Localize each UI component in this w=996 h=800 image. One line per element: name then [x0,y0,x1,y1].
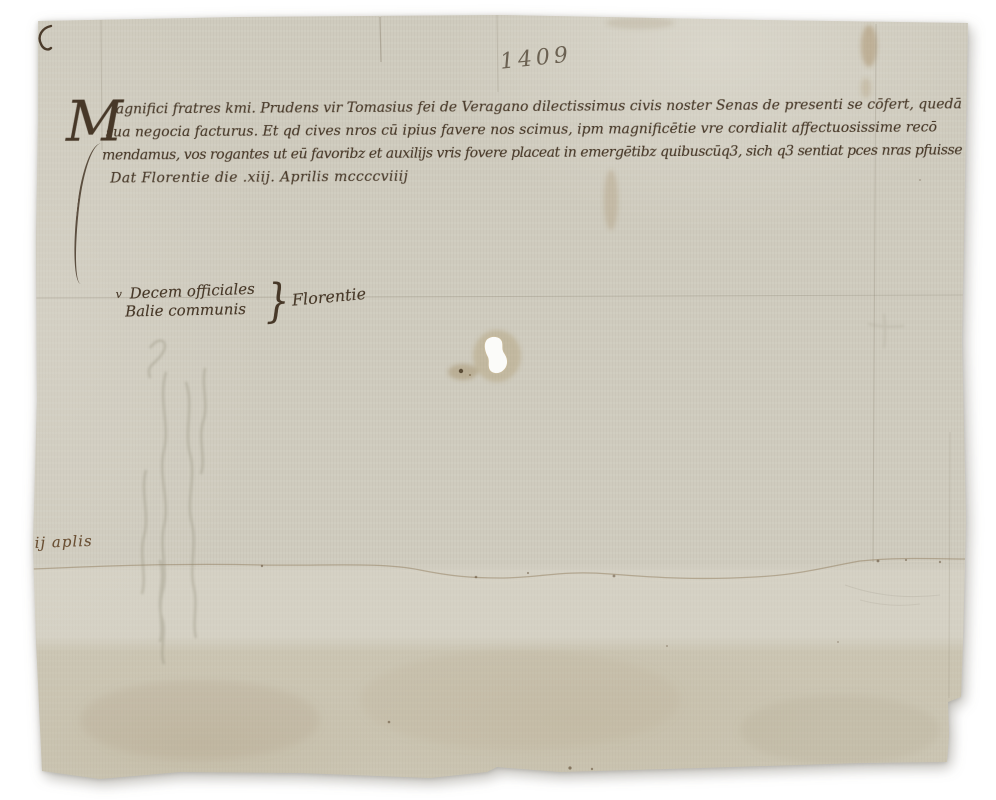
signature-place: Florentie [291,284,367,310]
edge-text-fragment: uij aplis [24,532,93,552]
letter-initial-flourish [68,141,112,285]
manuscript-paper-shadow: 1409 M agnifici fratres kmi. Prudens vir… [0,0,996,800]
flap-edge-line [33,559,966,606]
paper-hole [459,337,508,376]
signature-block: v Decem officiales Balie communis } Flor… [116,278,377,333]
bottom-mottle-stains [80,650,940,765]
corner-pen-mark [40,26,51,49]
ink-specks [261,179,941,770]
verso-bleedthrough-marks [142,341,205,664]
letter-initial: M [66,94,124,150]
year-annotation: 1409 [499,42,573,74]
letter-text-block: M agnifici fratres kmi. Prudens vir Toma… [70,93,971,190]
letter-line: Dat Florentie die .xiij. Aprilis mccccvi… [110,162,970,190]
manuscript-paper: 1409 M agnifici fratres kmi. Prudens vir… [0,0,996,800]
signature-office-line2: Balie communis [125,300,246,321]
signature-tick: v [116,288,122,301]
signature-office-line1: Decem officiales [129,280,255,303]
signature-brace: } [265,273,290,327]
right-bleedthrough-marks [868,314,904,348]
photo-background: 1409 M agnifici fratres kmi. Prudens vir… [0,0,996,800]
